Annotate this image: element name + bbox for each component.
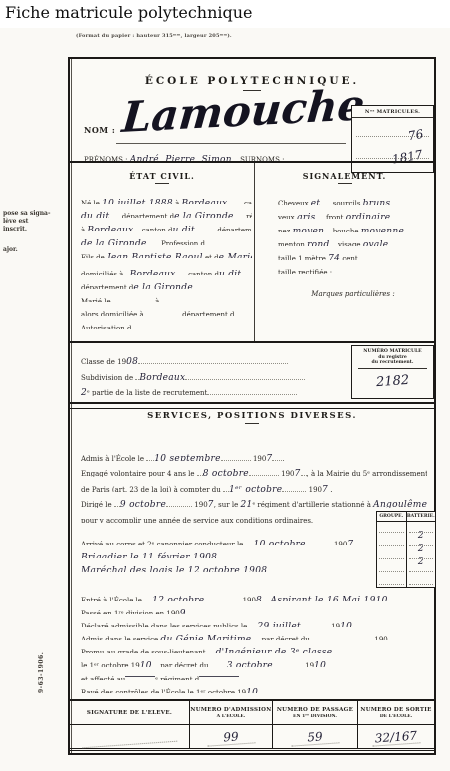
signature-value xyxy=(82,731,178,749)
handwritten-text: 21 xyxy=(240,500,252,507)
margin-note-cutoff: pose sa signa- lève est inscrit. xyxy=(3,210,51,234)
groupe-header: GROUPE. xyxy=(377,512,407,521)
passage-number-column: NUMÉRO DE PASSAGE EN 1ʳᵉ DIVISION. 59 xyxy=(273,701,358,748)
filler-line xyxy=(144,594,152,601)
filler-line xyxy=(235,308,252,315)
form-line: menton rond, visage ovale, xyxy=(278,232,428,246)
corps-lines: Arrivé au corps et 2ᵉ canonnier conducte… xyxy=(81,532,373,585)
printed-text: ᵉ partie de la liste de recrutement xyxy=(87,389,207,396)
filler-line xyxy=(199,673,239,680)
filler-line xyxy=(147,237,157,244)
printed-text: , front xyxy=(322,214,346,219)
form-line: Déclaré admissible dans les services pub… xyxy=(81,614,427,627)
form-line: département de la Gironde xyxy=(81,275,252,288)
form-line: et affecté auᵉ régiment d xyxy=(81,667,427,680)
handwritten-text: e Marie Gabrielle Emerit xyxy=(219,253,252,258)
printed-text: yeux xyxy=(278,214,297,219)
page-title: Fiche matricule polytechnique xyxy=(5,3,253,22)
form-line: taille 1 mètre 74 cent. xyxy=(278,246,428,260)
section-rule xyxy=(70,341,434,343)
handwritten-text: Angoulême xyxy=(373,500,427,507)
printed-text: Dirigé le xyxy=(81,501,114,507)
services-title: SERVICES, POSITIONS DIVERSES. xyxy=(70,411,434,424)
printed-text: , xyxy=(404,228,406,233)
groupe-cell xyxy=(377,548,407,561)
printed-text: ᵉ régiment d'artillerie stationné à xyxy=(253,501,374,507)
form-line: Né le 10 juillet 1888 à Bordeaux, canton xyxy=(81,191,252,204)
form-line: alors domiciliée à, département d xyxy=(81,302,252,315)
filler-line xyxy=(205,237,252,244)
registre-number-value: 2182 xyxy=(351,366,433,392)
batterie-cell: 2 xyxy=(407,535,436,548)
handwritten-text: e la Gironde xyxy=(133,283,193,288)
groupe-cell xyxy=(377,535,407,548)
form-line: Admis dans le service du Génie Maritime … xyxy=(81,627,427,640)
groupe-cell xyxy=(377,574,407,587)
passage-number-value: 59 xyxy=(291,728,340,746)
form-line: Classe de 1908 xyxy=(81,349,347,365)
filler-line xyxy=(258,686,266,693)
filler-line xyxy=(166,498,192,507)
filler-line xyxy=(195,224,213,231)
batterie-cell xyxy=(407,561,436,574)
filler-line xyxy=(388,633,412,640)
form-line: Marques particulières : xyxy=(278,274,428,301)
printed-text: pour y accomplir une année de service au… xyxy=(81,517,313,523)
printed-text: Engagé volontaire pour 4 ans le xyxy=(81,470,197,476)
header-sublabel: À L'ÉCOLE. xyxy=(190,714,272,719)
bottom-table: SIGNATURE DE L'ÉLÈVE. NUMÉRO D'ADMISSION… xyxy=(70,699,434,751)
filler-line xyxy=(131,322,226,329)
etat-civil-lines: Né le 10 juillet 1888 à Bordeaux, canton… xyxy=(81,191,252,329)
sortie-number-value: 32/167 xyxy=(372,728,421,746)
form-line: Autorisation d xyxy=(81,316,252,329)
printed-text: Autorisation d xyxy=(81,325,131,329)
filler-line xyxy=(312,633,372,640)
filler-line xyxy=(109,210,119,217)
admission-number-column: NUMÉRO D'ADMISSION À L'ÉCOLE. 99 xyxy=(190,701,273,748)
filler-line xyxy=(114,498,120,507)
filler-line xyxy=(144,308,178,315)
printed-text: Fils de xyxy=(81,254,107,258)
printed-text: , xyxy=(390,214,392,219)
filler-line xyxy=(278,310,416,316)
handwritten-text: Bordeaux xyxy=(139,373,185,381)
filler-line xyxy=(272,452,282,461)
form-line: de la Gironde. Profession d xyxy=(81,231,252,244)
form-line: yeux gris, front ordinaire, xyxy=(278,205,428,219)
form-line: Entré à l'École le 12 octobre 1908, Aspi… xyxy=(81,588,427,601)
handwritten-text: 08 xyxy=(126,357,138,365)
filler-line xyxy=(388,594,404,601)
form-line xyxy=(81,572,373,585)
form-line: Subdivision de Bordeaux xyxy=(81,365,347,381)
groupe-batterie-table: GROUPE. BATTERIE. 2 2 2 xyxy=(376,511,436,588)
admission-number-value: 99 xyxy=(207,728,256,746)
form-line: le 1ᵉʳ octobre 1910, par décret du 3 oct… xyxy=(81,653,427,666)
filler-line xyxy=(352,620,392,627)
filler-line xyxy=(246,538,254,545)
filler-line xyxy=(284,153,374,161)
printed-text: , xyxy=(388,241,390,246)
groupe-cell xyxy=(377,522,407,535)
header-sublabel: EN 1ʳᵉ DIVISION. xyxy=(273,714,357,719)
handwritten-text: de la Gironde xyxy=(81,239,147,244)
handwritten-text: bruns xyxy=(363,199,391,205)
filler-line xyxy=(159,295,219,302)
batterie-header: BATTERIE. xyxy=(407,512,436,521)
handwritten-text: e la Gironde xyxy=(174,212,234,217)
form-line: Maréchal des logis le 12 octobre 1908 xyxy=(81,558,373,571)
filler-line xyxy=(267,564,373,571)
filler-line xyxy=(228,197,240,204)
printed-text: , à la Mairie du 5ᵉ arrondissement xyxy=(307,470,427,476)
filler-line xyxy=(217,551,347,558)
form-line: Passé en 1ʳᵉ division en 1909 xyxy=(81,601,427,614)
printed-text: Marques particulières : xyxy=(311,290,394,298)
signature-column: SIGNATURE DE L'ÉLÈVE. xyxy=(70,701,190,748)
header-label: NUMÉRO DE PASSAGE xyxy=(273,707,357,713)
filler-line xyxy=(206,646,216,653)
filler-line xyxy=(185,371,305,380)
handwritten-text: 10 xyxy=(140,661,152,666)
printed-text: 190 xyxy=(192,501,208,507)
groupe-batterie-header: GROUPE. BATTERIE. xyxy=(377,512,435,522)
prenoms-line: PRÉNOMS : André, Pierre, Simon SURNOMS : xyxy=(84,147,428,161)
batterie-cell: 2 xyxy=(407,522,436,535)
form-line: PRÉNOMS : André, Pierre, Simon SURNOMS : xyxy=(84,147,428,161)
form-line: Promu au grade de sous-lieutenantd'Ingén… xyxy=(81,640,427,653)
handwritten-text: 1ᵉʳ octobre xyxy=(229,485,282,492)
form-line: 2ᵉ partie de la liste de recrutement xyxy=(81,380,347,396)
table-row: 2 xyxy=(377,535,435,548)
filler-line xyxy=(186,607,396,614)
print-reference-vertical: 9-63-1906. xyxy=(38,598,50,693)
matricule-row: 76 xyxy=(352,118,433,140)
header-label: NUMÉRO DE SORTIE xyxy=(358,707,434,713)
form-line: de Paris (art. 23 de la loi) à compter d… xyxy=(81,477,427,492)
form-line: Cheveux et, sourcils bruns xyxy=(278,191,428,205)
column-divider xyxy=(254,163,255,341)
printed-text: , xyxy=(330,662,332,666)
nom-underline xyxy=(116,143,346,144)
column-header: NUMÉRO D'ADMISSION À L'ÉCOLE. xyxy=(190,701,272,725)
printed-text: alors domiciliée à xyxy=(81,311,144,315)
table-row xyxy=(377,561,435,574)
batterie-cell: 2 xyxy=(407,548,436,561)
ecole-lines: Entré à l'École le 12 octobre 1908, Aspi… xyxy=(81,588,427,693)
filler-line xyxy=(241,268,252,275)
filler-line xyxy=(360,252,388,260)
filler-line xyxy=(282,483,306,492)
filler-line xyxy=(111,295,151,302)
etat-civil-title: ÉTAT CIVIL. xyxy=(70,171,254,184)
signalement-lines: Cheveux et, sourcils brunsyeux gris, fro… xyxy=(278,191,428,331)
filler-line xyxy=(273,659,303,666)
sortie-number-column: NUMÉRO DE SORTIE DE L'ÉCOLE. 32/167 xyxy=(358,701,434,748)
filler-line xyxy=(125,673,155,680)
printed-text: et d xyxy=(203,254,219,258)
filler-line xyxy=(301,620,329,627)
form-line: Dirigé le 9 octobre 1907, sur le 21ᵉ rég… xyxy=(81,492,427,507)
handwritten-text: ordinaire xyxy=(346,213,391,219)
table-row xyxy=(377,574,435,587)
table-row: 2 xyxy=(377,548,435,561)
printed-text: . xyxy=(266,689,268,693)
matricules-box-title: Nᵒˢ MATRICULES. xyxy=(352,106,433,118)
column-value-area: 32/167 xyxy=(358,725,434,748)
format-note: (Format du papier : hauteur 315ᵐᵐ, large… xyxy=(76,33,232,39)
signalement-title: SIGNALEMENT. xyxy=(255,171,434,184)
filler-line xyxy=(197,467,203,476)
column-header: NUMÉRO DE PASSAGE EN 1ʳᵉ DIVISION. xyxy=(273,701,357,725)
form-line xyxy=(278,316,428,331)
form-line: Arrivé au corps et 2ᵉ canonnier conducte… xyxy=(81,532,373,545)
classe-lines: Classe de 1908Subdivision de Bordeaux2ᵉ … xyxy=(81,349,347,396)
printed-text: . Profession d xyxy=(157,240,205,244)
table-row: 2 xyxy=(377,522,435,535)
filler-line xyxy=(306,538,332,545)
nom-label: NOM : xyxy=(84,125,115,135)
form-line: à Bordeaux canton du dit, département xyxy=(81,218,252,231)
filler-line xyxy=(207,386,297,395)
form-line: Brigadier le 11 février 1908 xyxy=(81,545,373,558)
fiche-document: ÉCOLE POLYTECHNIQUE. NOM : Lamouche Nᵒˢ … xyxy=(68,57,436,755)
filler-line xyxy=(81,578,366,585)
form-line: du dit département de la Gironde, résida… xyxy=(81,204,252,217)
filler-line xyxy=(193,281,252,288)
filler-line xyxy=(332,266,398,274)
column-header: SIGNATURE DE L'ÉLÈVE. xyxy=(70,701,189,725)
form-line: nez moyen, bouche moyenne, xyxy=(278,219,428,233)
handwritten-text: gris xyxy=(297,213,316,219)
groupe-cell xyxy=(377,561,407,574)
column-value-area: 59 xyxy=(273,725,357,748)
printed-text: taille rectifiée : xyxy=(278,269,332,274)
column-value-area: 99 xyxy=(190,725,272,748)
form-line: Marié le, à xyxy=(81,289,252,302)
header-sublabel: DE L'ÉCOLE. xyxy=(358,714,434,719)
handwritten-text: 8 octobre xyxy=(203,469,249,476)
form-line: domiciliés à Bordeaux, canton du dit xyxy=(81,262,252,275)
form-line xyxy=(278,301,428,316)
filler-line xyxy=(204,594,240,601)
handwritten-text: 10 septembre xyxy=(154,454,221,461)
filler-line xyxy=(176,268,184,275)
registre-number-box: NUMÉRO MATRICULE du registre du recrutem… xyxy=(351,345,434,399)
printed-text: Rayé des contrôles de l'École le 1ᵉʳ oct… xyxy=(81,689,246,693)
filler-line xyxy=(234,210,242,217)
printed-text: Classe de 19 xyxy=(81,358,126,365)
filler-line xyxy=(221,452,251,461)
filler-line xyxy=(211,659,227,666)
handwritten-text: 9 octobre xyxy=(120,500,166,507)
filler-line xyxy=(138,355,288,364)
section-rule-double xyxy=(70,402,434,409)
form-line: Engagé volontaire pour 4 ans le 8 octobr… xyxy=(81,461,427,476)
handwritten-text: Maréchal des logis le 12 octobre 1908 xyxy=(81,566,267,571)
handwritten-text: et xyxy=(311,199,321,205)
printed-text: le 1ᵉʳ octobre 19 xyxy=(81,662,140,666)
form-line: Rayé des contrôles de l'École le 1ᵉʳ oct… xyxy=(81,680,427,693)
registre-box-title: du recrutement. xyxy=(352,360,433,366)
handwritten-text: 10 xyxy=(314,661,326,666)
filler-line xyxy=(126,268,130,275)
column-value-area xyxy=(70,725,189,748)
printed-text: , sur le xyxy=(214,501,241,507)
printed-text: 19 xyxy=(303,662,314,666)
handwritten-text: du dit xyxy=(81,212,109,217)
form-line: taille rectifiée : xyxy=(278,260,428,274)
handwritten-text: 7 xyxy=(347,540,353,545)
printed-text: , par décret du xyxy=(156,662,211,666)
header-label: SIGNATURE DE L'ÉLÈVE. xyxy=(70,710,189,716)
filler-line xyxy=(278,325,416,331)
header-label: NUMÉRO D'ADMISSION xyxy=(190,707,272,713)
section-rule xyxy=(70,161,434,163)
handwritten-text: 3 octobre xyxy=(227,661,273,666)
printed-text: , département d xyxy=(178,311,235,315)
column-header: NUMÉRO DE SORTIE DE L'ÉCOLE. xyxy=(358,701,434,725)
filler-line xyxy=(332,646,382,653)
margin-note-cutoff-2: ajor. xyxy=(3,246,18,254)
handwritten-text: 10 xyxy=(246,688,258,693)
filler-line xyxy=(249,467,279,476)
registre-box-title: NUMÉRO MATRICULE xyxy=(352,346,433,355)
printed-text: 190 xyxy=(279,470,295,476)
batterie-cell xyxy=(407,574,436,587)
form-line: Admis à l'École le 10 septembre 1907, xyxy=(81,446,427,461)
